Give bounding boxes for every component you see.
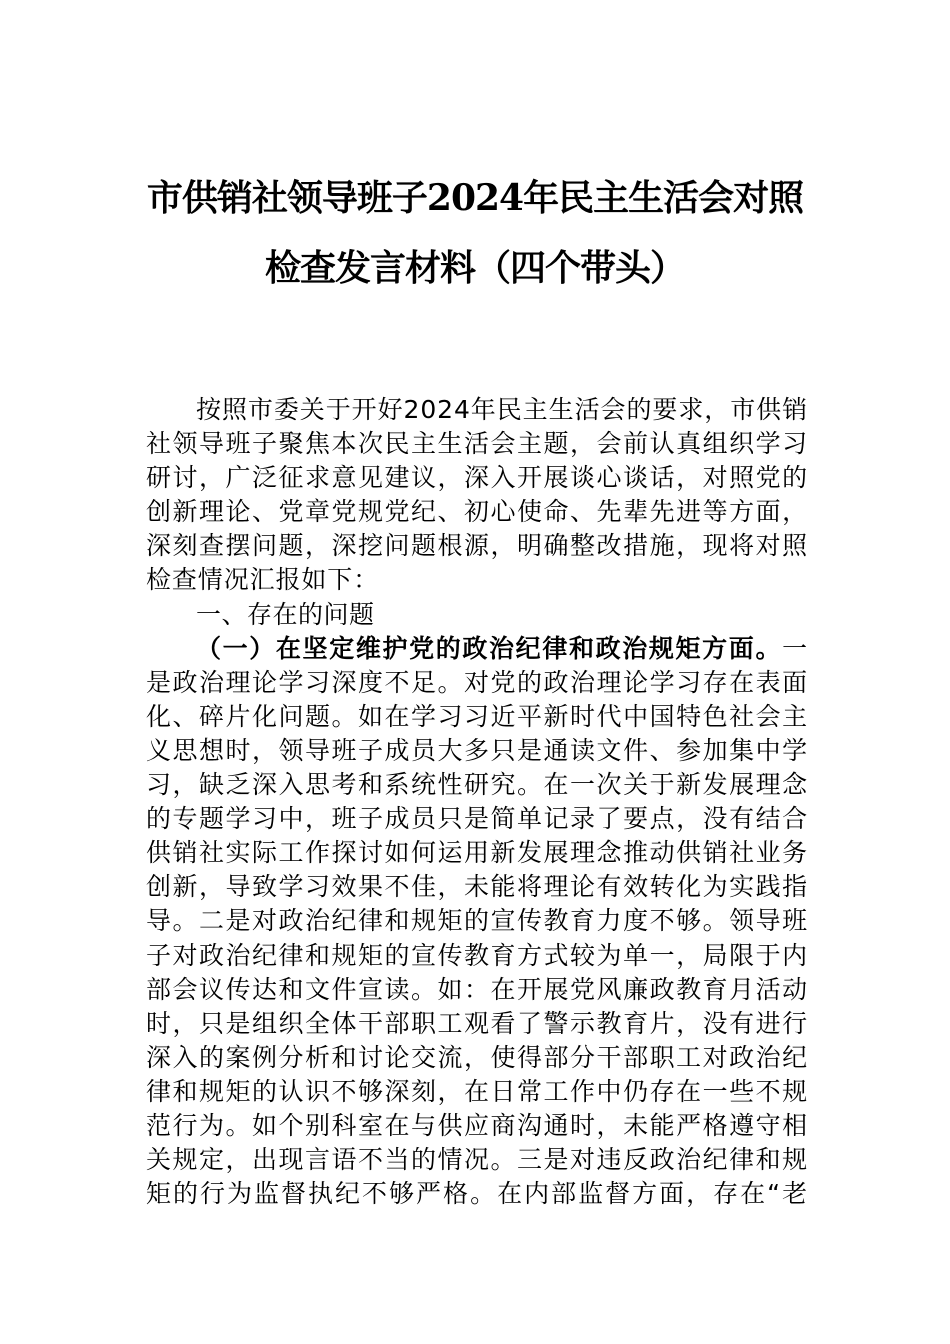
- document-body: 按照市委关于开好2024年民主生活会的要求，市供销 社领导班子聚焦本次民主生活会…: [146, 393, 808, 1211]
- document-title-line-1: 市供销社领导班子2024年民主生活会对照: [100, 170, 850, 221]
- body-line: 的专题学习中，班子成员只是简单记录了要点，没有结合: [146, 802, 808, 836]
- intro-line: 按照市委关于开好2024年民主生活会的要求，市供销: [146, 393, 808, 427]
- document-title-line-2: 检查发言材料（四个带头）: [100, 240, 850, 291]
- body-line: 子对政治纪律和规矩的宣传教育方式较为单一，局限于内: [146, 939, 808, 973]
- subsection-heading: （一）在坚定维护党的政治纪律和政治规矩方面。: [196, 634, 782, 663]
- body-line: 习，缺乏深入思考和系统性研究。在一次关于新发展理念: [146, 768, 808, 802]
- subsection-lead-tail: 一: [782, 634, 808, 663]
- intro-line: 检查情况汇报如下：: [146, 563, 808, 597]
- body-line: 是政治理论学习深度不足。对党的政治理论学习存在表面: [146, 666, 808, 700]
- body-line: 义思想时，领导班子成员大多只是通读文件、参加集中学: [146, 734, 808, 768]
- body-line: 深入的案例分析和讨论交流，使得部分干部职工对政治纪: [146, 1041, 808, 1075]
- intro-line: 研讨，广泛征求意见建议，深入开展谈心谈话，对照党的: [146, 461, 808, 495]
- intro-line: 社领导班子聚焦本次民主生活会主题，会前认真组织学习: [146, 427, 808, 461]
- body-line: 导。二是对政治纪律和规矩的宣传教育力度不够。领导班: [146, 904, 808, 938]
- body-line: 时，只是组织全体干部职工观看了警示教育片，没有进行: [146, 1007, 808, 1041]
- subsection-lead-line: （一）在坚定维护党的政治纪律和政治规矩方面。一: [146, 632, 808, 666]
- body-line: 矩的行为监督执纪不够严格。在内部监督方面，存在“老: [146, 1177, 808, 1211]
- body-line: 化、碎片化问题。如在学习习近平新时代中国特色社会主: [146, 700, 808, 734]
- body-line: 范行为。如个别科室在与供应商沟通时，未能严格遵守相: [146, 1109, 808, 1143]
- intro-line: 深刻查摆问题，深挖问题根源，明确整改措施，现将对照: [146, 529, 808, 563]
- section-heading: 一、存在的问题: [146, 598, 808, 632]
- body-line: 创新，导致学习效果不佳，未能将理论有效转化为实践指: [146, 870, 808, 904]
- body-line: 供销社实际工作探讨如何运用新发展理念推动供销社业务: [146, 836, 808, 870]
- document-page: 市供销社领导班子2024年民主生活会对照 检查发言材料（四个带头） 按照市委关于…: [0, 0, 950, 1344]
- intro-line: 创新理论、党章党规党纪、初心使命、先辈先进等方面，: [146, 495, 808, 529]
- body-line: 部会议传达和文件宣读。如：在开展党风廉政教育月活动: [146, 973, 808, 1007]
- body-line: 关规定，出现言语不当的情况。三是对违反政治纪律和规: [146, 1143, 808, 1177]
- body-line: 律和规矩的认识不够深刻，在日常工作中仍存在一些不规: [146, 1075, 808, 1109]
